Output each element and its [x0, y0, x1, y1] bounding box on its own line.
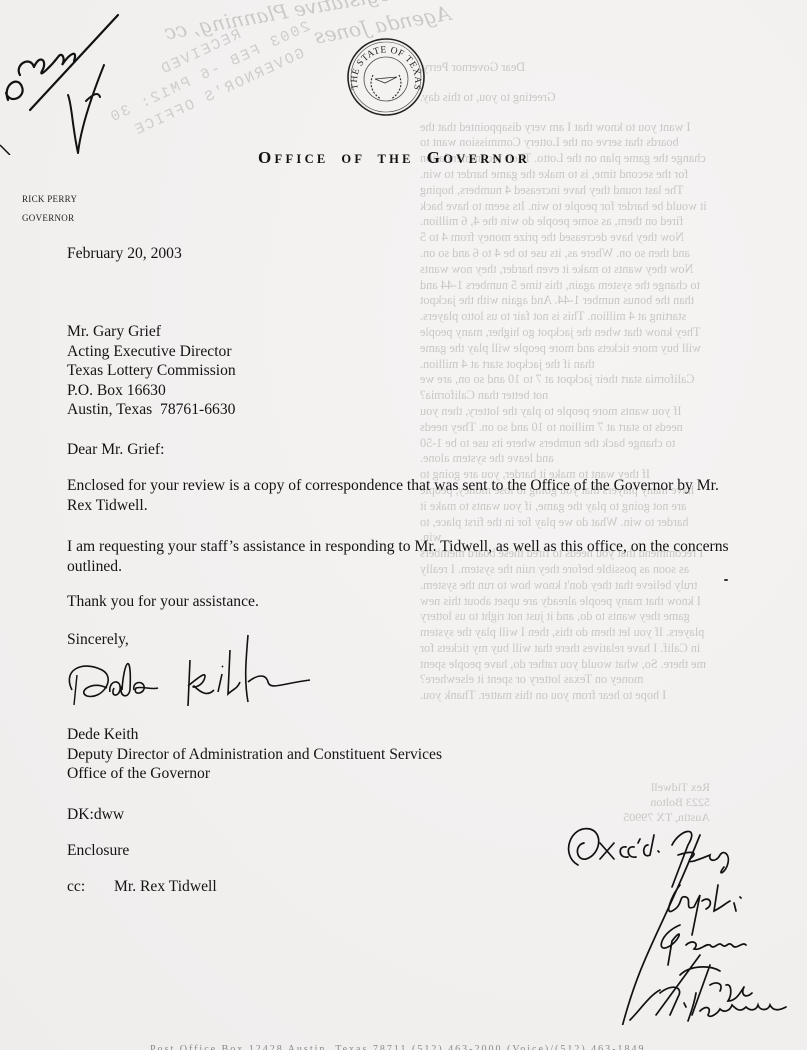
- bleed-line: I want you to know that I am very disapp…: [420, 120, 800, 136]
- signer-title: Deputy Director of Administration and Co…: [67, 745, 442, 765]
- corner-handwritten-note: [0, 5, 125, 155]
- recipient-address-block: Mr. Gary Grief Acting Executive Director…: [67, 322, 236, 420]
- bleed-line: If you wants more people to play the lot…: [420, 404, 800, 420]
- bleed-line: Now they have decreased the prize money …: [420, 230, 800, 246]
- bleed-line: to change the system again, this time 5 …: [420, 278, 800, 294]
- recipient-organization: Texas Lottery Commission: [67, 361, 236, 381]
- recipient-address-line2: Austin, Texas 78761-6630: [67, 400, 236, 420]
- letterhead-word: GOVERNOR: [427, 152, 531, 166]
- bleed-line: than if the jackpot start at 4 million.: [420, 357, 800, 373]
- body-paragraph-1: Enclosed for your review is a copy of co…: [67, 476, 737, 515]
- svg-text:THE STATE OF TEXAS: THE STATE OF TEXAS: [350, 45, 422, 91]
- bleed-sender-line: 5223 Bolton: [590, 795, 710, 810]
- bleed-line: it would be harder for people to win. It…: [420, 199, 800, 215]
- letterhead-word: OFFICE: [258, 152, 329, 166]
- bleed-line: They know that when the jackpot go highe…: [420, 325, 800, 341]
- reference-initials: DK:dww: [67, 805, 124, 825]
- governor-title: GOVERNOR: [22, 213, 74, 223]
- bleed-line: will buy more tickets and more people wi…: [420, 341, 800, 357]
- bleed-line: money on Texas lottery or spent it elsew…: [420, 672, 800, 688]
- body-paragraph-2: I am requesting your staff’s assistance …: [67, 537, 737, 576]
- recipient-name: Mr. Gary Grief: [67, 322, 236, 342]
- signer-name: Dede Keith: [67, 725, 442, 745]
- recipient-title: Acting Executive Director: [67, 342, 236, 362]
- cc-label: cc:: [67, 877, 114, 897]
- bleed-line: and leave the system alone.: [420, 451, 800, 467]
- bleed-line: harder to win. What do we play for in th…: [420, 515, 800, 531]
- texas-state-seal: THE STATE OF TEXAS: [345, 27, 427, 123]
- ink-speck: [724, 579, 728, 581]
- bleed-line: players. If you let them do this, then I…: [420, 625, 800, 641]
- bleed-line: me there. So, what would you rather do, …: [420, 657, 800, 673]
- bleed-line: than the bonus number 1-44. And again wi…: [420, 293, 800, 309]
- bleed-line: and then so on. Where as, its use to be …: [420, 246, 800, 262]
- bleed-line: [420, 106, 800, 120]
- handwritten-routing-note: [560, 815, 805, 1025]
- bleed-line: The last round they have increased 4 num…: [420, 183, 800, 199]
- bleed-line: California start their jackpot at 7 to 1…: [420, 372, 800, 388]
- seal-text: THE STATE OF TEXAS: [350, 45, 422, 91]
- letterhead-word: THE: [378, 152, 414, 166]
- bleed-line: game they wants to do, and it just not r…: [420, 609, 800, 625]
- letterhead-word: OF: [341, 152, 365, 166]
- bleed-line: I hope to hear from you on this matter. …: [420, 688, 800, 704]
- bleed-line: fired on them, as some people do win the…: [420, 214, 800, 230]
- bleed-line: needs to start at 7 million to 10 and so…: [420, 420, 800, 436]
- bleed-line: in Calif. I have relatives there that wi…: [420, 641, 800, 657]
- bleed-line: not better than California?: [420, 388, 800, 404]
- bleed-line: starting at 4 million. This is not fair …: [420, 309, 800, 325]
- salutation: Dear Mr. Grief:: [67, 440, 164, 460]
- handwritten-signature: [62, 630, 317, 710]
- bleed-line: truly believe that they don't know how t…: [420, 578, 800, 594]
- recipient-address-line1: P.O. Box 16630: [67, 381, 236, 401]
- bleed-line: Dear Governor Perry,: [420, 60, 800, 76]
- cc-line: cc:Mr. Rex Tidwell: [67, 877, 217, 897]
- letter-date: February 20, 2003: [67, 244, 182, 264]
- bleed-line: I know that many people already are upse…: [420, 594, 800, 610]
- letter-page: Dear Governor Perry,Greeting to you, to …: [0, 0, 807, 1050]
- governor-name: RICK PERRY: [22, 194, 77, 204]
- enclosure-notation: Enclosure: [67, 841, 129, 861]
- bleed-sender-line: Rex Tidwell: [590, 780, 710, 795]
- cc-name: Mr. Rex Tidwell: [114, 878, 217, 895]
- letterhead-footer: Post Office Box 12428 Austin, Texas 7871…: [150, 1042, 646, 1050]
- signer-block: Dede Keith Deputy Director of Administra…: [67, 725, 442, 784]
- bleed-line: to change back the numbers where its use…: [420, 436, 800, 452]
- bleed-line: Now they wants to make it even harder, t…: [420, 262, 800, 278]
- letterhead-title: OFFICE OF THE GOVERNOR: [258, 148, 530, 168]
- signer-office: Office of the Governor: [67, 764, 442, 784]
- bleed-line: [420, 76, 800, 90]
- bleed-line: for the second time, is to make the game…: [420, 167, 800, 183]
- bleed-line: Greeting to you, to this day.: [420, 90, 800, 106]
- body-paragraph-3: Thank you for your assistance.: [67, 592, 259, 612]
